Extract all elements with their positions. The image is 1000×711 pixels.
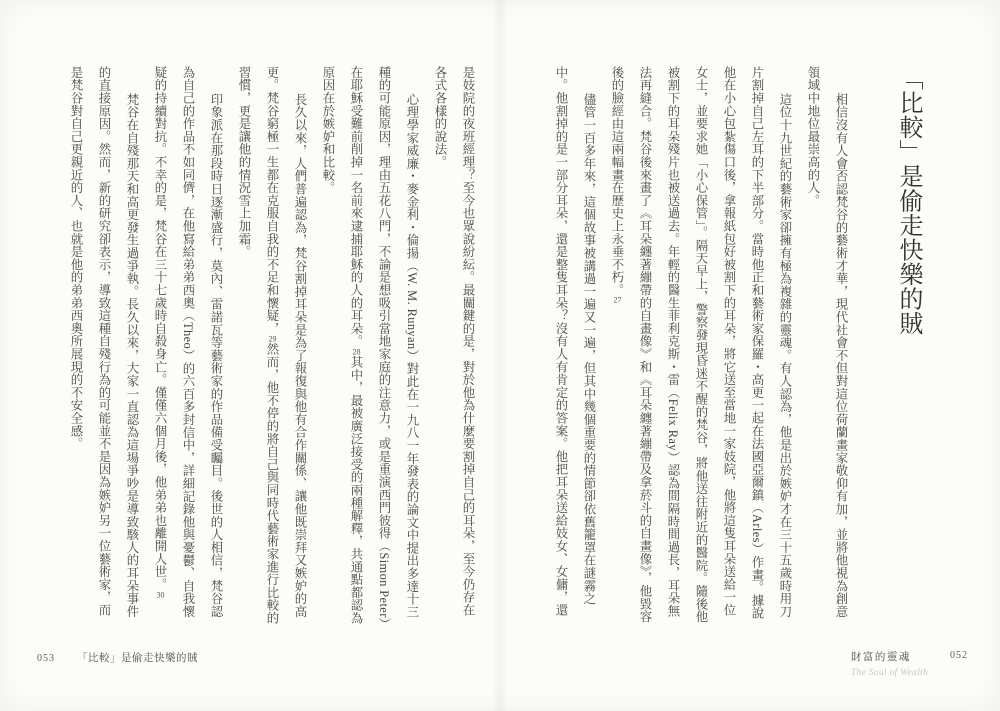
footnote-marker: 27 [613,296,622,304]
footnote-marker: 28 [352,348,361,356]
body-text-left: 是妓院的夜班經理？至今也眾說紛紜。最關鍵的是，對於他為什麼要割掉自己的耳朵，至今… [62,66,482,628]
page-number: 053 [37,653,55,664]
book-spread: 是妓院的夜班經理？至今也眾說紛紜。最關鍵的是，對於他為什麼要割掉自己的耳朵，至今… [0,0,1000,711]
paragraph: 這位十九世紀的藝術家卻擁有極為複雜的靈魂。有人認為，他是出於嫉妒才在三十五歲時用… [603,66,799,628]
footer-left: 053 「比較」是偷走快樂的賊 [37,650,198,665]
page-left: 是妓院的夜班經理？至今也眾說紛紜。最關鍵的是，對於他為什麼要割掉自己的耳朵，至今… [0,0,500,711]
paragraph: 相信沒有人會否認梵谷的藝術才華，現代社會不但對這位荷蘭畫家敬仰有加，並將他視為創… [799,66,855,628]
paragraph: 梵谷在自殘那天和高更發生過爭執。長久以來，大家一直認為這場爭吵是導致駭人的耳朵事… [62,66,146,628]
paragraph: 儘管一百多年來，這個故事被講過一遍又一遍，但其中幾個重要的情節卻依舊籠罩在謎霧之… [547,66,603,628]
page-right: 「比較」是偷走快樂的賊 相信沒有人會否認梵谷的藝術才華，現代社會不但對這位荷蘭畫… [500,0,1000,711]
footer-chapter-title: 「比較」是偷走快樂的賊 [77,650,198,665]
body-text-right: 「比較」是偷走快樂的賊 相信沒有人會否認梵谷的藝術才華，現代社會不但對這位荷蘭畫… [547,66,925,628]
right-paragraphs: 相信沒有人會否認梵谷的藝術才華，現代社會不但對這位荷蘭畫家敬仰有加，並將他視為創… [547,66,855,628]
paragraph: 是妓院的夜班經理？至今也眾說紛紜。最關鍵的是，對於他為什麼要割掉自己的耳朵，至今… [426,66,482,628]
book-title: 財富的靈魂 [851,649,928,664]
paragraph: 長久以來，人們普遍認為，梵谷割掉耳朵是為了報復與他有合作關係、讓他既崇拜又嫉妒的… [230,66,314,628]
footer-book-title-block: 財富的靈魂 The Soul of Wealth [851,649,928,678]
page-number: 052 [950,650,968,661]
paragraph: 印象派在那段時日逐漸盛行，莫內、雷諾瓦等藝術家的作品備受矚目。後世的人相信，梵谷… [146,66,230,628]
footnote-marker: 29 [268,335,277,343]
paragraph: 心理學家威廉・麥金利・倫揚（W. M. Runyan）對此在一九八一年發表的論文… [314,66,426,628]
chapter-title: 「比較」是偷走快樂的賊 [891,66,925,628]
footnote-marker: 30 [156,591,165,599]
footer-right: 財富的靈魂 The Soul of Wealth 052 [851,649,968,678]
book-title-english: The Soul of Wealth [851,668,928,678]
